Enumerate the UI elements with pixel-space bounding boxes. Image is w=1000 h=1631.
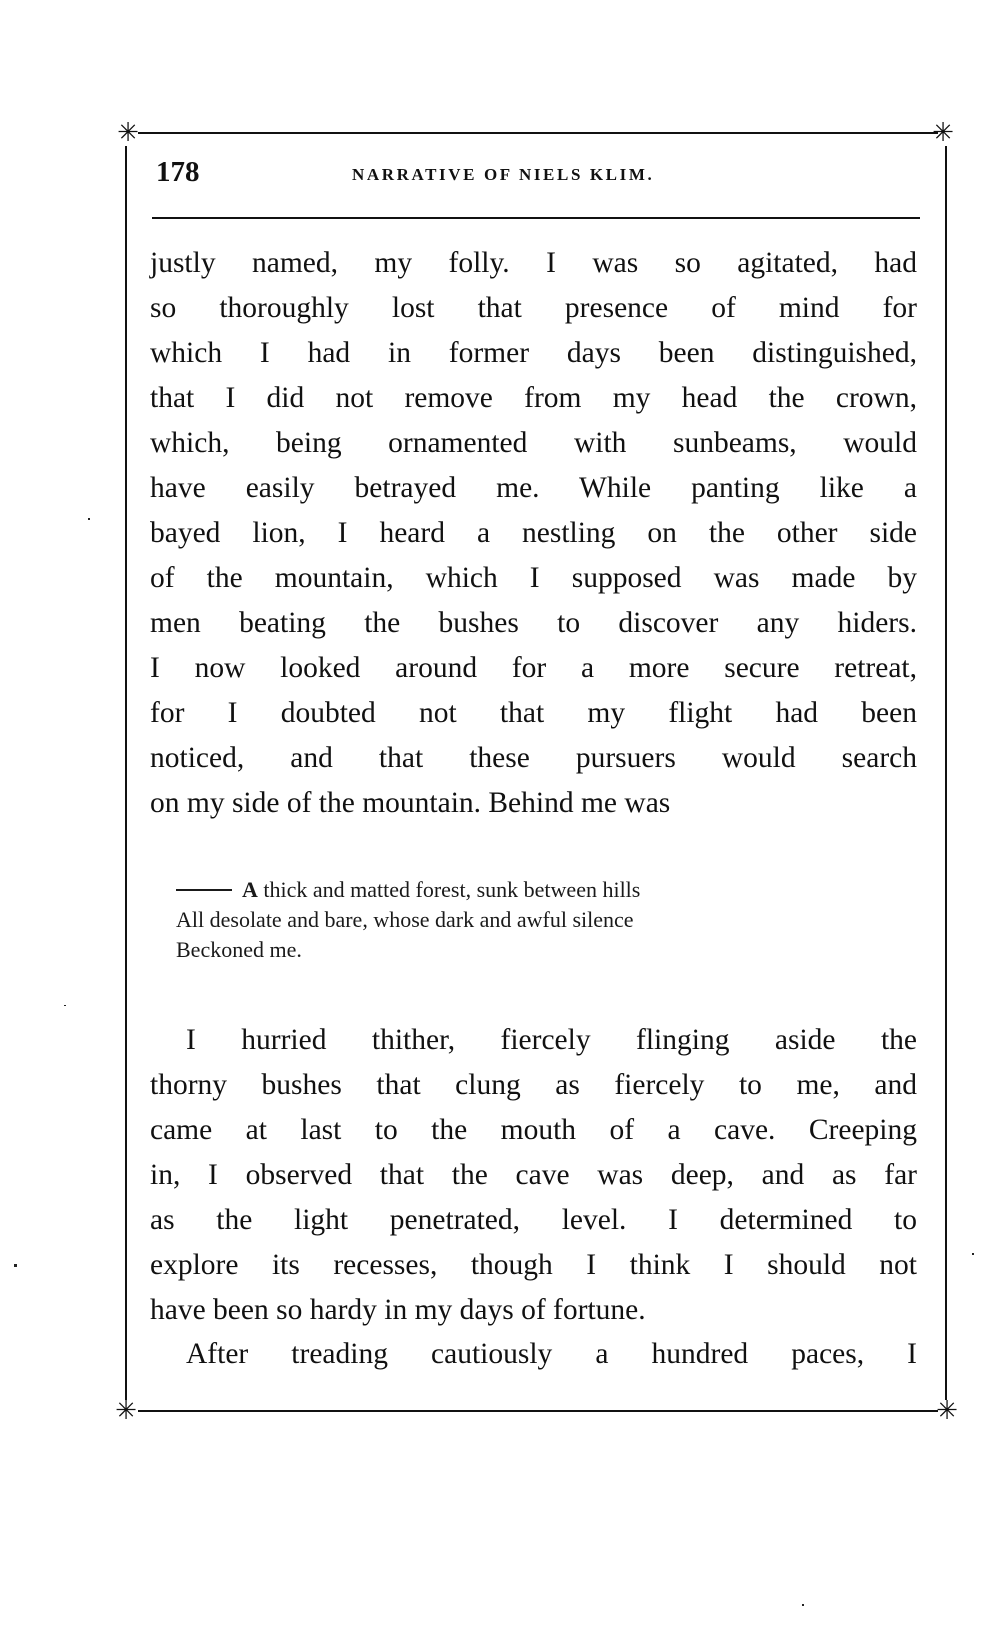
text-line: as the light penetrated, level. I determ… <box>150 1202 917 1238</box>
corner-star-icon: ✳ <box>116 121 140 145</box>
text-line: so thoroughly lost that presence of mind… <box>150 290 917 326</box>
frame-left-border <box>125 146 127 1400</box>
text-line: in, I observed that the cave was deep, a… <box>150 1157 917 1193</box>
verse-line: A thick and matted forest, sunk between … <box>176 876 640 904</box>
verse-text: thick and matted forest, sunk between hi… <box>258 877 640 902</box>
verse-text: All desolate and bare, whose dark and aw… <box>176 907 634 932</box>
text-line: have been so hardy in my days of fortune… <box>150 1292 917 1328</box>
scan-speck <box>64 1005 66 1006</box>
scan-speck <box>88 518 90 520</box>
verse-line: Beckoned me. <box>176 936 302 964</box>
verse-text: Beckoned me. <box>176 937 302 962</box>
text-line: justly named, my folly. I was so agitate… <box>150 245 917 281</box>
text-line: men beating the bushes to discover any h… <box>150 605 917 641</box>
verse-line: All desolate and bare, whose dark and aw… <box>176 906 634 934</box>
page-number: 178 <box>156 156 200 188</box>
text-line: have easily betrayed me. While panting l… <box>150 470 917 506</box>
frame-bottom-border <box>138 1410 938 1412</box>
text-line: which I had in former days been distingu… <box>150 335 917 371</box>
em-dash-rule <box>176 889 232 891</box>
verse-lead-word: A <box>242 877 258 902</box>
text-line: After treading cautiously a hundred pace… <box>186 1336 917 1372</box>
text-line: which, being ornamented with sunbeams, w… <box>150 425 917 461</box>
text-line: of the mountain, which I supposed was ma… <box>150 560 917 596</box>
scan-speck <box>802 1604 804 1606</box>
book-page: ✳ ✳ ✳ ✳ 178 NARRATIVE OF NIELS KLIM. jus… <box>0 0 1000 1631</box>
text-line: I hurried thither, fiercely flinging asi… <box>186 1022 917 1058</box>
text-line: on my side of the mountain. Behind me wa… <box>150 785 862 821</box>
scan-speck <box>14 1264 17 1267</box>
text-line: for I doubted not that my flight had bee… <box>150 695 917 731</box>
text-line: that I did not remove from my head the c… <box>150 380 917 416</box>
text-line: explore its recesses, though I think I s… <box>150 1247 917 1283</box>
header-rule <box>152 217 920 219</box>
text-line: bayed lion, I heard a nestling on the ot… <box>150 515 917 551</box>
frame-right-border <box>945 146 947 1400</box>
frame-top-border <box>138 132 938 134</box>
running-title: NARRATIVE OF NIELS KLIM. <box>352 164 654 186</box>
scan-speck <box>972 1253 974 1255</box>
corner-star-icon: ✳ <box>114 1399 138 1423</box>
corner-star-icon: ✳ <box>931 121 955 145</box>
text-line: noticed, and that these pursuers would s… <box>150 740 917 776</box>
corner-star-icon: ✳ <box>935 1399 959 1423</box>
text-line: I now looked around for a more secure re… <box>150 650 917 686</box>
text-line: thorny bushes that clung as fiercely to … <box>150 1067 917 1103</box>
text-line: came at last to the mouth of a cave. Cre… <box>150 1112 917 1148</box>
